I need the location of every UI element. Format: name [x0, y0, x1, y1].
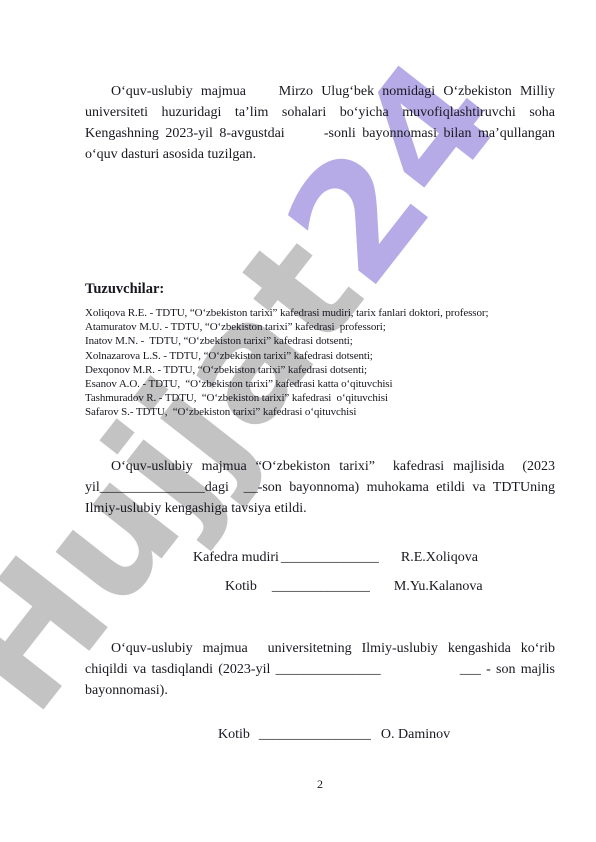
compiler-item: Atamuratov M.U. - TDTU, “O‘zbekiston tar…: [85, 320, 565, 334]
page-number: 2: [85, 777, 555, 792]
signature-row-kafedra-mudiri: Kafedra mudiri______________R.E.Xoliqova: [193, 549, 478, 567]
approval-paragraph: O‘quv-uslubiy majmua universitetning Ilm…: [85, 638, 555, 701]
compiler-item: Xoliqova R.E. - TDTU, “O‘zbekiston tarix…: [85, 306, 565, 320]
signature-role: Kotib: [218, 727, 250, 742]
signature-blank-line: ______________: [281, 550, 379, 565]
signature-role: Kafedra mudiri: [193, 550, 279, 565]
signature-row-kotib-2: Kotib________________O. Daminov: [218, 726, 450, 744]
compiler-item: Dexqonov M.R. - TDTU, “O‘zbekiston tarix…: [85, 363, 565, 377]
signature-blank-line: ________________: [259, 727, 371, 742]
compiler-item: Esanov A.O. - TDTU, “O‘zbekiston tarixi”…: [85, 377, 565, 391]
compiler-item: Inatov M.N. - TDTU, “O‘zbekiston tarixi”…: [85, 334, 565, 348]
signature-blank-line: ______________: [272, 579, 370, 594]
document-page: Hujjat24 O‘quv-uslubiy majmua Mirzo Ulug…: [0, 0, 596, 842]
compilers-list: Xoliqova R.E. - TDTU, “O‘zbekiston tarix…: [85, 306, 565, 420]
signature-name: R.E.Xoliqova: [401, 550, 478, 565]
compiler-item: Xolnazarova L.S. - TDTU, “O‘zbekiston ta…: [85, 349, 565, 363]
compiler-item: Tashmuradov R. - TDTU, “O‘zbekiston tari…: [85, 391, 565, 405]
discussion-paragraph: O‘quv-uslubiy majmua “O‘zbekiston tarixi…: [85, 456, 555, 519]
signature-name: O. Daminov: [381, 727, 450, 742]
compilers-heading: Tuzuvchilar:: [85, 281, 164, 298]
signature-row-kotib-1: Kotib______________M.Yu.Kalanova: [225, 578, 483, 596]
intro-paragraph: O‘quv-uslubiy majmua Mirzo Ulug‘bek nomi…: [85, 81, 555, 165]
compiler-item: Safarov S.- TDTU, “O‘zbekiston tarixi” k…: [85, 405, 565, 419]
signature-role: Kotib: [225, 579, 257, 594]
signature-name: M.Yu.Kalanova: [394, 579, 483, 594]
page-content: O‘quv-uslubiy majmua Mirzo Ulug‘bek nomi…: [0, 0, 596, 842]
